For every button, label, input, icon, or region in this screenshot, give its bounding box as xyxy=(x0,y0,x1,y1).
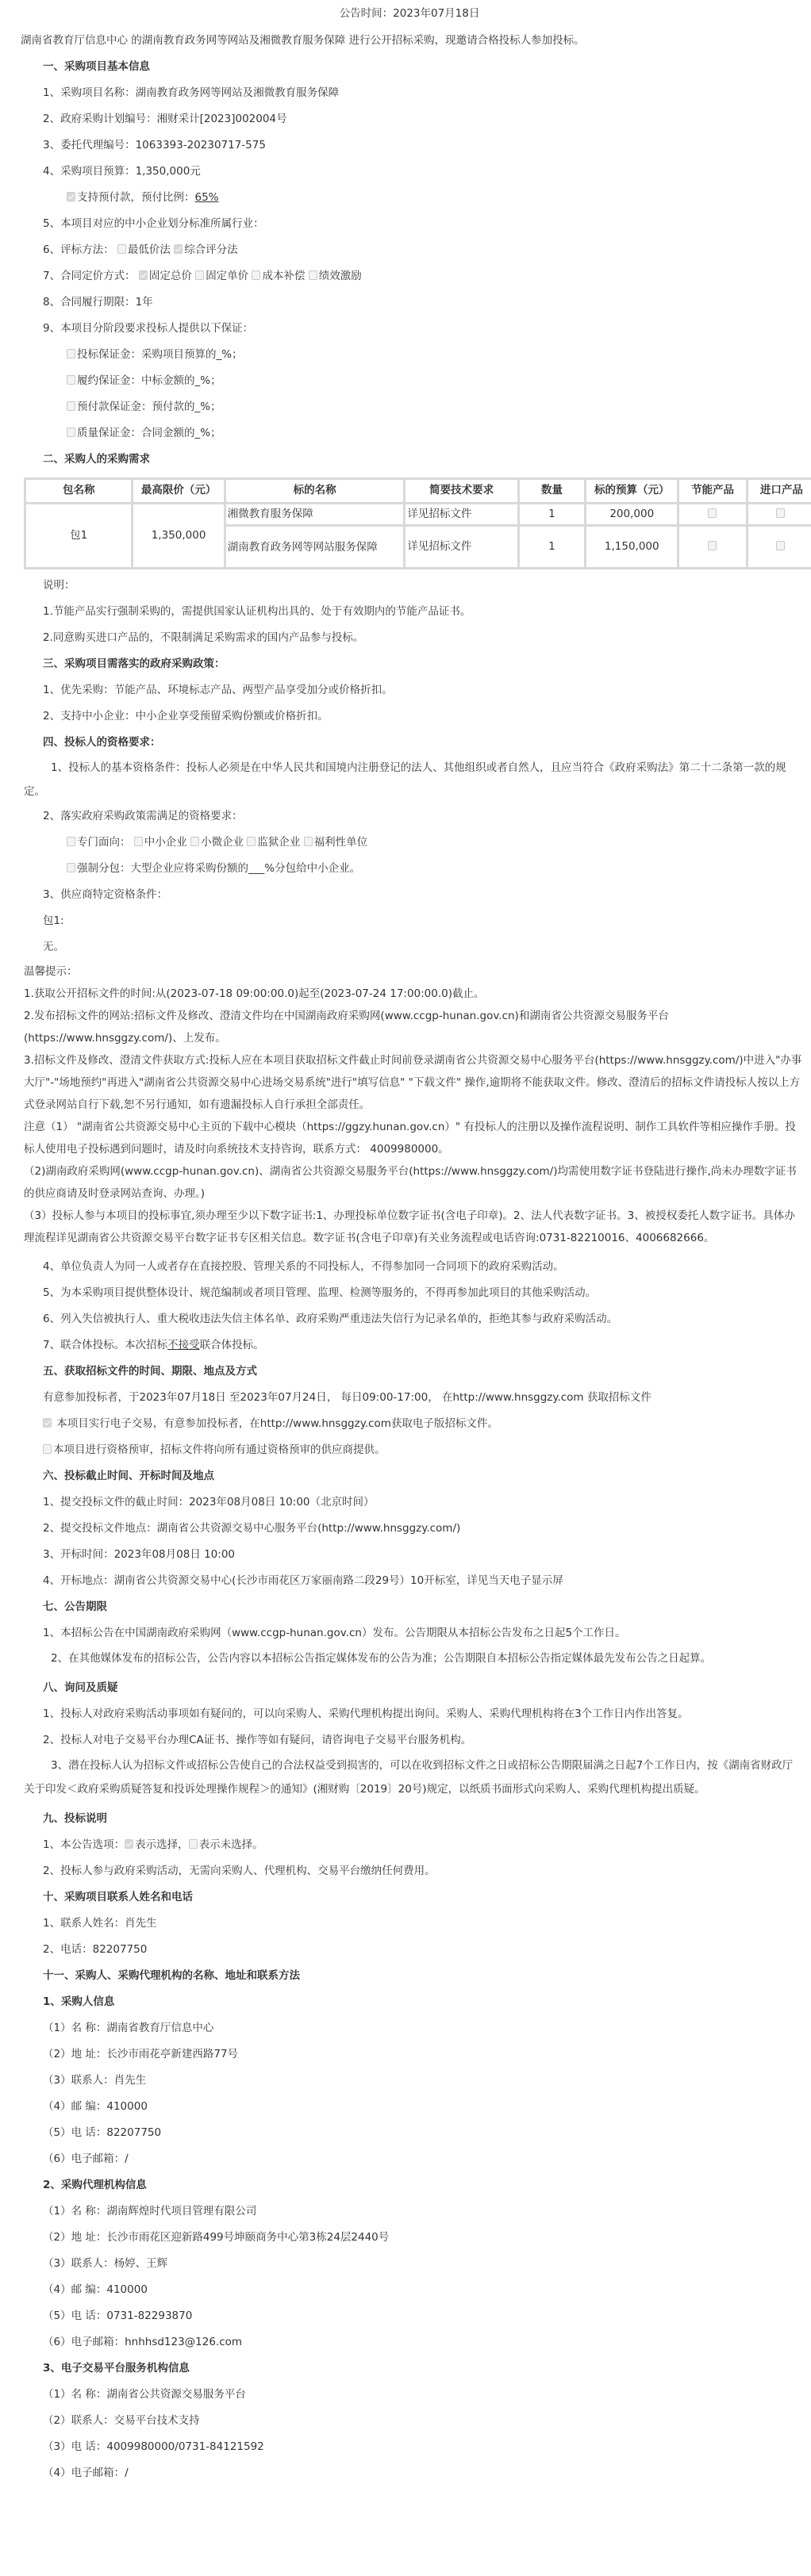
note-1: 1.节能产品实行强制采购的，需提供国家认证机构出具的、处于有效期内的节能产品证书… xyxy=(16,599,803,625)
table-row: 包1 1,350,000 湘微教育服务保障 详见招标文件 1 200,000 xyxy=(25,504,811,526)
platform-email: （4）电子邮箱：/ xyxy=(16,2460,803,2486)
s6-item-2: 2、提交投标文件地点：湖南省公共资源交易中心服务平台(http://www.hn… xyxy=(16,1516,803,1542)
budget-cell: 200,000 xyxy=(586,504,678,526)
section-2-title: 二、采购人的采购需求 xyxy=(16,447,803,473)
section-9-title: 九、投标说明 xyxy=(16,1806,803,1832)
section-5-title: 五、获取招标文件的时间、期限、地点及方式 xyxy=(16,1359,803,1385)
agency-contact: （3）联系人：杨婷、王辉 xyxy=(16,2251,803,2277)
guarantee-row: 预付款保证金：预付款的_%； xyxy=(16,394,803,420)
quantity-cell: 1 xyxy=(518,526,585,569)
energy-cell xyxy=(678,504,747,526)
prepay-label: 支持预付款，预付比例： xyxy=(77,191,195,204)
section-4-title: 四、投标人的资格要求： xyxy=(16,730,803,756)
purchaser-email: （6）电子邮箱：/ xyxy=(16,2146,803,2172)
section-8-title: 八、询问及质疑 xyxy=(16,1675,803,1701)
s4-item-7: 7、联合体投标。本次招标不接受联合体投标。 xyxy=(16,1332,803,1359)
guarantee-row: 质量保证金：合同金额的_%； xyxy=(16,420,803,447)
col-tech-req: 简要技术要求 xyxy=(405,479,518,504)
tip-2: 2.发布招标文件的网站:招标文件及修改、澄清文件均在中国湖南政府采购网(www.… xyxy=(16,1005,803,1049)
s6-item-3: 3、开标时间：2023年08月08日 10:00 xyxy=(16,1542,803,1568)
s1-item-1: 1、采购项目名称：湖南教育政务网等网站及湘微教育服务保障 xyxy=(16,80,803,106)
purchaser-info-title: 1、采购人信息 xyxy=(16,1989,803,2015)
special-option-label: 监狱企业 xyxy=(257,836,300,849)
consortium-prefix: 7、联合体投标。本次招标 xyxy=(43,1339,167,1351)
import-cell xyxy=(747,504,811,526)
eval-method-row: 6、评标方法： 最低价法 综合评分法 xyxy=(16,237,803,263)
guarantee-label: 预付款保证金：预付款的_%； xyxy=(77,401,221,413)
eval-lowest-price-checkbox[interactable] xyxy=(117,244,126,254)
s8-item-3: 3、潜在投标人认为招标文件或招标公告使自己的合法权益受到损害的，可以在收到招标文… xyxy=(16,1754,803,1801)
agency-phone: （5）电 话：0731-82293870 xyxy=(16,2303,803,2329)
section-10-title: 十、采购项目联系人姓名和电话 xyxy=(16,1884,803,1911)
import-product-checkbox[interactable] xyxy=(776,541,785,550)
legend-checked-text: 表示选择， xyxy=(135,1838,189,1851)
energy-cell xyxy=(678,526,747,569)
s6-item-1: 1、提交投标文件的截止时间：2023年08月08日 10:00（北京时间） xyxy=(16,1489,803,1516)
pricing-fixed-unit-checkbox[interactable] xyxy=(195,270,204,280)
s1-item-5: 5、本项目对应的中小企业划分标准所属行业： xyxy=(16,211,803,237)
special-oriented-checkbox[interactable] xyxy=(67,837,75,846)
eval-comprehensive-checkbox[interactable] xyxy=(174,244,183,254)
note-2: 2.同意购买进口产品的，不限制满足采购需求的国内产品参与投标。 xyxy=(16,625,803,651)
consortium-suffix: 联合体投标。 xyxy=(200,1339,264,1351)
s1-item-9: 9、本项目分阶段要求投标人提供以下保证： xyxy=(16,316,803,342)
tip-6: （3）投标人参与本项目的投标事宜,须办理至少以下数字证书:1、办理投标单位数字证… xyxy=(16,1205,803,1249)
sme-checkbox[interactable] xyxy=(134,837,143,846)
guarantee-row: 履约保证金：中标金额的_%； xyxy=(16,368,803,394)
pricing-method-label: 7、合同定价方式： xyxy=(43,270,136,282)
s5-text: 有意参加投标者，于2023年07月18日 至2023年07月24日， 每日09:… xyxy=(16,1385,803,1411)
s7-item-1: 1、本招标公告在中国湖南政府采购网（www.ccgp-hunan.gov.cn）… xyxy=(16,1620,803,1646)
special-option-label: 小微企业 xyxy=(201,836,244,849)
import-cell xyxy=(747,526,811,569)
pricing-cost-comp-checkbox[interactable] xyxy=(252,270,260,280)
purchaser-address: （2）地 址：长沙市雨花亭新建西路77号 xyxy=(16,2041,803,2068)
tip-1: 1.获取公开招标文件的时间:从(2023-07-18 09:00:00.0)起至… xyxy=(16,983,803,1005)
section-1-title: 一、采购项目基本信息 xyxy=(16,54,803,80)
tech-req-cell: 详见招标文件 xyxy=(405,526,518,569)
pricing-option-label: 固定单价 xyxy=(206,270,248,282)
section-7-title: 七、公告期限 xyxy=(16,1594,803,1620)
prepay-row: 支持预付款，预付比例：65% xyxy=(16,185,803,211)
section-6-title: 六、投标截止时间、开标时间及地点 xyxy=(16,1463,803,1489)
purchaser-postcode: （4）邮 编：410000 xyxy=(16,2094,803,2120)
notes-title: 说明： xyxy=(16,573,803,599)
special-oriented-label: 专门面向： xyxy=(77,836,131,849)
tip-3: 3.招标文件及修改、澄清文件获取方式:投标人应在本项目获取招标文件截止时间前登录… xyxy=(16,1049,803,1116)
prepay-checkbox[interactable] xyxy=(67,192,75,201)
prequalification-checkbox[interactable] xyxy=(43,1444,52,1454)
special-option-label: 福利性单位 xyxy=(314,836,368,849)
legend-unchecked-icon xyxy=(189,1839,198,1849)
purchaser-name: （1）名 称：湖南省教育厅信息中心 xyxy=(16,2015,803,2041)
electronic-trade-row: 本项目实行电子交易，有意参加投标者，在http://www.hnsggzy.co… xyxy=(16,1411,803,1437)
contact-phone: 2、电话：82207750 xyxy=(16,1937,803,1963)
eval-method-label: 6、评标方法： xyxy=(43,243,114,256)
col-quantity: 数量 xyxy=(518,479,585,504)
col-item-name: 标的名称 xyxy=(225,479,405,504)
platform-contact: （2）联系人：交易平台技术支持 xyxy=(16,2408,803,2434)
platform-info-title: 3、电子交易平台服务机构信息 xyxy=(16,2356,803,2382)
pricing-method-row: 7、合同定价方式： 固定总价 固定单价 成本补偿 绩效激励 xyxy=(16,263,803,289)
s3-item-1: 1、优先采购：节能产品、环境标志产品、两型产品享受加分或价格折扣。 xyxy=(16,677,803,703)
s4-package: 包1: xyxy=(16,908,803,934)
agency-info-title: 2、采购代理机构信息 xyxy=(16,2172,803,2198)
contact-name: 1、联系人姓名：肖先生 xyxy=(16,1911,803,1937)
subcontract-checkbox[interactable] xyxy=(67,863,75,872)
bid-guarantee-checkbox[interactable] xyxy=(67,349,75,358)
agency-address: （2）地 址：长沙市雨花区迎新路499号坤颐商务中心第3栋24层2440号 xyxy=(16,2225,803,2251)
s3-item-2: 2、支持中小企业：中小企业享受预留采购份额或价格折扣。 xyxy=(16,703,803,730)
s4-none: 无。 xyxy=(16,934,803,960)
section-11-title: 十一、采购人、采购代理机构的名称、地址和联系方法 xyxy=(16,1963,803,1989)
col-energy-product: 节能产品 xyxy=(678,479,747,504)
purchaser-phone: （5）电 话：82207750 xyxy=(16,2120,803,2146)
budget-cell: 1,150,000 xyxy=(586,526,678,569)
electronic-trade-checkbox[interactable] xyxy=(43,1418,52,1428)
platform-phone: （3）电 话：4009980000/0731-84121592 xyxy=(16,2434,803,2460)
pricing-option-label: 成本补偿 xyxy=(262,270,305,282)
s1-item-8: 8、合同履行期限：1年 xyxy=(16,289,803,316)
guarantee-row: 投标保证金：采购项目预算的_%； xyxy=(16,342,803,368)
legend-checked-icon xyxy=(125,1839,133,1849)
s4-item-2: 2、落实政府采购政策需满足的资格要求： xyxy=(16,803,803,830)
guarantee-label: 投标保证金：采购项目预算的_%； xyxy=(77,348,243,361)
subcontract-label: 强制分包：大型企业应将采购份额的___%分包给中小企业。 xyxy=(77,862,360,875)
tip-4: 注意（1） "湖南省公共资源交易中心主页的下载中心模块（https://ggzy… xyxy=(16,1116,803,1160)
import-product-checkbox[interactable] xyxy=(776,508,785,518)
consortium-not-accepted: 不接受 xyxy=(167,1339,200,1351)
energy-product-checkbox[interactable] xyxy=(708,508,717,518)
tip-5: （2)湖南政府采购网(www.ccgp-hunan.gov.cn)、湖南省公共资… xyxy=(16,1160,803,1205)
agency-postcode: （4）邮 编：410000 xyxy=(16,2277,803,2303)
subcontract-row: 强制分包：大型企业应将采购份额的___%分包给中小企业。 xyxy=(16,856,803,882)
publish-time: 公告时间：2023年07月18日 xyxy=(16,0,803,25)
pricing-option-label: 绩效激励 xyxy=(319,270,362,282)
s1-item-2: 2、政府采购计划编号：湘财采计[2023]002004号 xyxy=(16,106,803,132)
prepay-ratio: 65% xyxy=(195,191,219,204)
s8-item-1: 1、投标人对政府采购活动事项如有疑问的，可以向采购人、采购代理机构提出询问。采购… xyxy=(16,1701,803,1727)
agency-name: （1）名 称：湖南辉煌时代项目管理有限公司 xyxy=(16,2198,803,2225)
item-name-cell: 湘微教育服务保障 xyxy=(225,504,405,526)
special-oriented-row: 专门面向： 中小企业 小微企业 监狱企业 福利性单位 xyxy=(16,830,803,856)
quality-guarantee-checkbox[interactable] xyxy=(67,427,75,437)
guarantee-label: 履约保证金：中标金额的_%； xyxy=(77,374,221,387)
agency-email[interactable]: （6）电子邮箱：hnhhsd123@126.com xyxy=(16,2329,803,2356)
special-option-label: 中小企业 xyxy=(144,836,187,849)
prequalification-row: 本项目进行资格预审，招标文件将向所有通过资格预审的供应商提供。 xyxy=(16,1437,803,1463)
prepay-guarantee-checkbox[interactable] xyxy=(67,401,75,411)
table-header-row: 包名称 最高限价（元） 标的名称 简要技术要求 数量 标的预算（元） 节能产品 … xyxy=(25,479,811,504)
tech-req-cell: 详见招标文件 xyxy=(405,504,518,526)
pricing-fixed-total-checkbox[interactable] xyxy=(139,270,148,280)
s4-item-3: 3、供应商特定资格条件： xyxy=(16,882,803,908)
pricing-option-label: 固定总价 xyxy=(149,270,192,282)
electronic-trade-label: 本项目实行电子交易，有意参加投标者，在http://www.hnsggzy.co… xyxy=(53,1417,498,1430)
prison-enterprise-checkbox[interactable] xyxy=(247,837,256,846)
eval-option-label: 综合评分法 xyxy=(184,243,238,256)
col-item-budget: 标的预算（元） xyxy=(586,479,678,504)
platform-name: （1）名 称：湖南省公共资源交易服务平台 xyxy=(16,2382,803,2408)
performance-guarantee-checkbox[interactable] xyxy=(67,375,75,385)
tips-title: 温馨提示： xyxy=(16,960,803,983)
pricing-performance-checkbox[interactable] xyxy=(309,270,317,280)
micro-enterprise-checkbox[interactable] xyxy=(190,837,199,846)
s6-item-4: 4、开标地点：湖南省公共资源交易中心(长沙市雨花区万家丽南路二段29号）10开标… xyxy=(16,1568,803,1594)
s8-item-2: 2、投标人对电子交易平台办理CA证书、操作等如有疑问，请咨询电子交易平台服务机构… xyxy=(16,1727,803,1754)
item-name-cell: 湖南教育政务网等网站服务保障 xyxy=(225,526,405,569)
purchaser-contact: （3）联系人：肖先生 xyxy=(16,2068,803,2094)
prequalification-label: 本项目进行资格预审，招标文件将向所有通过资格预审的供应商提供。 xyxy=(53,1443,386,1456)
s9-item-2: 2、投标人参与政府采购活动，无需向采购人、代理机构、交易平台缴纳任何费用。 xyxy=(16,1858,803,1884)
col-max-price: 最高限价（元） xyxy=(133,479,225,504)
intro-text: 湖南省教育厅信息中心 的湖南教育政务网等网站及湘微教育服务保障 进行公开招标采购… xyxy=(16,29,803,52)
col-package-name: 包名称 xyxy=(25,479,133,504)
s1-item-3: 3、委托代理编号：1063393-20230717-575 xyxy=(16,132,803,159)
s9-item-1: 1、本公告选项：表示选择，表示未选择。 xyxy=(16,1832,803,1858)
energy-product-checkbox[interactable] xyxy=(708,541,717,550)
s4-item-4: 4、单位负责人为同一人或者存在直接控股、管理关系的不同投标人，不得参加同一合同项… xyxy=(16,1254,803,1280)
package-name-cell: 包1 xyxy=(25,504,133,569)
s4-item-1: 1、投标人的基本资格条件：投标人必须是在中华人民共和国境内注册登记的法人、其他组… xyxy=(16,756,803,803)
quantity-cell: 1 xyxy=(518,504,585,526)
col-import-product: 进口产品 xyxy=(747,479,811,504)
guarantee-label: 质量保证金：合同金额的_%； xyxy=(77,427,221,439)
welfare-unit-checkbox[interactable] xyxy=(304,837,313,846)
requirements-table: 包名称 最高限价（元） 标的名称 简要技术要求 数量 标的预算（元） 节能产品 … xyxy=(24,477,811,569)
s7-item-2: 2、在其他媒体发布的招标公告，公告内容以本招标公告指定媒体发布的公告为准；公告期… xyxy=(16,1646,803,1670)
s4-item-5: 5、为本采购项目提供整体设计、规范编制或者项目管理、监理、检测等服务的，不得再参… xyxy=(16,1280,803,1306)
eval-option-label: 最低价法 xyxy=(128,243,171,256)
tender-announcement: 公告时间：2023年07月18日 湖南省教育厅信息中心 的湖南教育政务网等网站及… xyxy=(0,0,811,2518)
legend-prefix: 1、本公告选项： xyxy=(43,1838,125,1851)
max-price-cell: 1,350,000 xyxy=(133,504,225,569)
s4-item-6: 6、列入失信被执行人、重大税收违法失信主体名单、政府采购严重违法失信行为记录名单… xyxy=(16,1306,803,1332)
legend-unchecked-text: 表示未选择。 xyxy=(199,1838,263,1851)
section-3-title: 三、采购项目需落实的政府采购政策： xyxy=(16,651,803,677)
s1-item-4: 4、采购项目预算：1,350,000元 xyxy=(16,159,803,185)
